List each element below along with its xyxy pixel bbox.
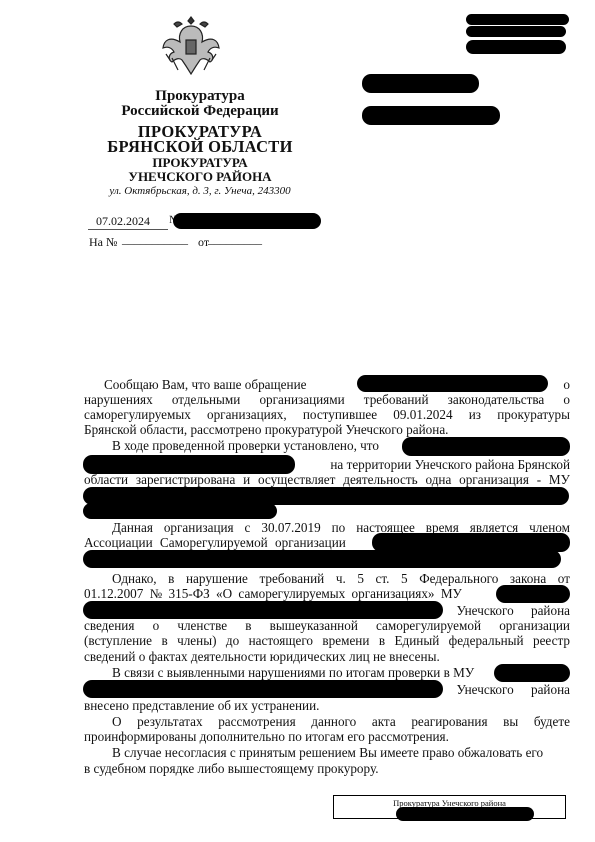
text: В случае несогласия с принятым решением …	[112, 745, 543, 760]
text: Однако, в нарушение требований ч. 5 ст. …	[112, 571, 570, 586]
date-value: 07.02.2024	[96, 214, 150, 228]
redacted-sro-2	[83, 550, 561, 568]
text: В ходе проведенной проверки установлено,…	[112, 438, 379, 453]
russian-coat-of-arms-icon	[160, 14, 222, 80]
text: Сообщаю Вам, что ваше обращение	[104, 377, 307, 392]
body-line: проинформированы дополнительно по итогам…	[84, 729, 570, 744]
body-line: области зарегистрирована и осуществляет …	[84, 472, 570, 487]
ref-blank: ___________	[122, 232, 188, 247]
body-line: Унечского района	[84, 682, 570, 697]
address: ул. Октябрьская, д. 3, г. Унеча, 243300	[80, 185, 320, 197]
body-line: Брянской области, рассмотрено прокуратур…	[84, 422, 570, 437]
body-line: саморегулируемых организациях, поступивш…	[84, 407, 570, 422]
redacted-org-4	[83, 503, 277, 519]
district-line2: УНЕЧСКОГО РАЙОНА	[80, 170, 320, 183]
body-line: Однако, в нарушение требований ч. 5 ст. …	[84, 571, 570, 586]
redacted-number	[173, 213, 321, 229]
redacted-addressee-2	[466, 26, 566, 37]
body-line: О результатах рассмотрения данного акта …	[84, 714, 570, 729]
text: О результатах рассмотрения данного акта …	[112, 714, 570, 729]
district-line1: ПРОКУРАТУРА	[80, 156, 320, 169]
redacted-mu-3	[494, 664, 570, 682]
org-line1: Прокуратура	[80, 89, 320, 104]
redacted-addressee-4	[362, 74, 479, 93]
body-line: сведения о членстве в вышеуказанной само…	[84, 618, 570, 633]
document-date: 07.02.2024	[88, 214, 168, 230]
from-blank: _________	[208, 232, 262, 247]
body-line: в судебном порядке либо вышестоящему про…	[84, 761, 570, 776]
body-line: В случае несогласия с принятым решением …	[84, 745, 570, 760]
body-line: сведений о фактах деятельности юридическ…	[84, 649, 570, 664]
redacted-stamp-number	[396, 807, 534, 821]
org-line2: Российской Федерации	[80, 104, 320, 119]
redacted-addressee-5	[362, 106, 500, 125]
body-line: на территории Унечского района Брянской	[84, 457, 570, 472]
text: 01.12.2007 № 315-ФЗ «О саморегулируемых …	[84, 586, 462, 601]
text: о	[563, 377, 570, 392]
body-line: внесено представление об их устранении.	[84, 698, 570, 713]
redacted-appeal	[357, 375, 548, 392]
text: В связи с выявленными нарушениями по ито…	[112, 665, 474, 680]
body-line: (вступление в члены) до настоящего време…	[84, 633, 570, 648]
redacted-addressee-3	[466, 40, 566, 54]
body-line: нарушениях отдельными организациями треб…	[84, 392, 570, 407]
region-line2: БРЯНСКОЙ ОБЛАСТИ	[80, 139, 320, 156]
ref-label: На №	[89, 235, 117, 250]
redacted-addressee-1	[466, 14, 569, 25]
redacted-mu-1	[496, 585, 570, 603]
redacted-org-1	[402, 437, 570, 456]
body-line: Унечского района	[84, 603, 570, 618]
text: Ассоциации Саморегулируемой организации	[84, 535, 346, 550]
